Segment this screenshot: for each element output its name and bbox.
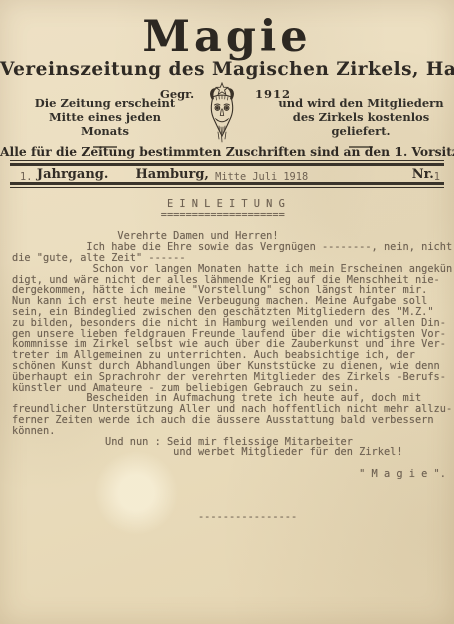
schedule-line-2: Mitte eines jeden Monats xyxy=(49,110,161,138)
issue-label: Nr. xyxy=(412,167,434,182)
distribution-line-2: des Zirkels kostenlos geliefert. xyxy=(293,110,429,138)
place-date: Hamburg, Mitte Juli 1918 xyxy=(135,167,308,182)
devil-head-pentagram-icon xyxy=(200,82,244,144)
double-rule-top xyxy=(10,160,444,166)
distribution-note: und wird den Mitgliedern des Zirkels kos… xyxy=(277,96,445,148)
issue-bar: 1. Jahrgang. Hamburg, Mitte Juli 1918 Nr… xyxy=(0,167,454,181)
place-label: Hamburg, xyxy=(135,167,208,182)
issue-number-info: Nr.1 xyxy=(412,167,440,182)
publication-schedule-note: Die Zeitung erscheint Mitte eines jeden … xyxy=(30,96,180,148)
schedule-line-1: Die Zeitung erscheint xyxy=(35,96,175,110)
distribution-line-1: und wird den Mitgliedern xyxy=(278,96,443,110)
page-title: Magie xyxy=(0,12,454,62)
typewritten-article-body: E I N L E I T U N G ====================… xyxy=(12,199,452,523)
double-rule-bottom xyxy=(10,182,444,188)
masthead-subtitle: Vereinszeitung des Magischen Zirkels, Ha… xyxy=(0,59,454,80)
scanned-newsletter-page: Magie Vereinszeitung des Magischen Zirke… xyxy=(0,0,454,624)
volume-label: Jahrgang. xyxy=(32,167,108,182)
volume-info: 1. Jahrgang. xyxy=(20,167,108,182)
submission-instruction: Alle für die Zeitung bestimmten Zuschrif… xyxy=(0,144,454,159)
